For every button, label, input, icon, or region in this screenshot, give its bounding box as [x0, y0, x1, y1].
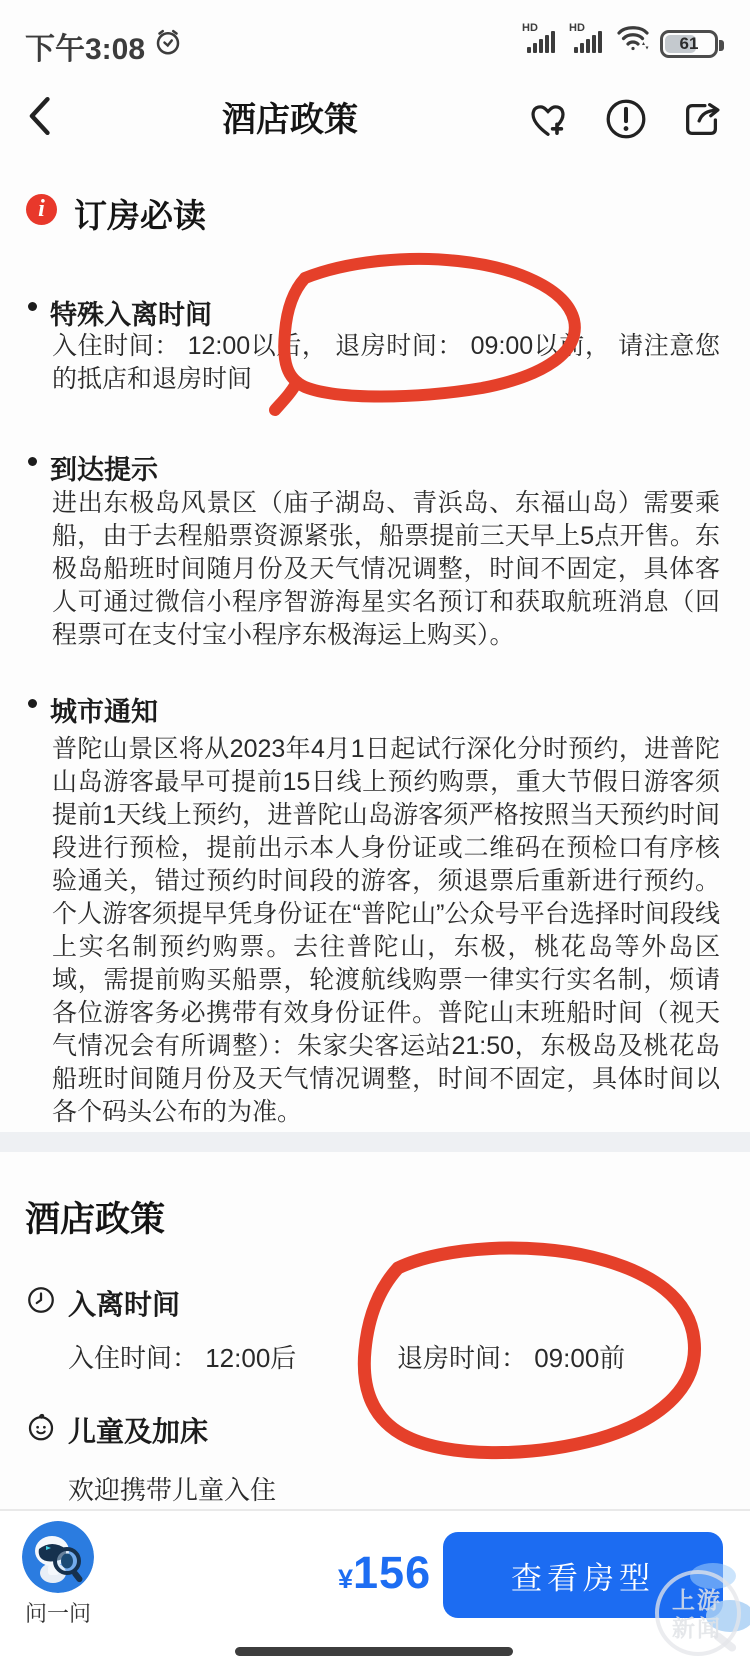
svg-text:HD: HD [569, 22, 585, 34]
children-body: 欢迎携带儿童入住 [68, 1470, 276, 1507]
home-indicator[interactable] [235, 1647, 513, 1656]
price-amount: 156 [353, 1547, 431, 1599]
svg-text:HD: HD [522, 22, 538, 34]
note-item-heading-arrival: 到达提示 [50, 448, 158, 487]
children-heading: 儿童及加床 [68, 1410, 208, 1450]
alarm-icon [153, 27, 183, 65]
note-item-heading-city-notice: 城市通知 [50, 690, 158, 729]
note-item-body-special-times: 入住时间： 12:00以后， 退房时间： 09:00以前， 请注意您的抵店和退房… [52, 330, 720, 396]
baby-face-icon [26, 1412, 56, 1442]
price: ¥156 [338, 1547, 431, 1599]
hotel-policy-screen: 下午3:08 HD HD [0, 0, 750, 1666]
checkin-time: 入住时间： 12:00后 [68, 1338, 296, 1375]
battery-percent: 61 [663, 33, 715, 55]
hotel-policy-title: 酒店政策 [25, 1192, 165, 1242]
bullet-dot [28, 302, 37, 311]
signal-sim1-icon: HD [522, 21, 559, 58]
bullet-dot [28, 699, 37, 708]
clock-icon [26, 1285, 56, 1315]
favorite-button[interactable] [525, 97, 571, 141]
ask-assistant-button[interactable] [22, 1521, 94, 1593]
page-title: 酒店政策 [80, 92, 500, 141]
watermark-text-line2: 新闻 [666, 1610, 728, 1643]
currency-symbol: ¥ [338, 1564, 353, 1595]
status-time: 下午3:08 [25, 24, 145, 68]
exclamation-circle-icon [603, 128, 649, 145]
booking-notes-title: 订房必读 [74, 190, 206, 237]
share-icon [679, 128, 725, 145]
note-item-body-arrival: 进出东极岛风景区（庙子湖岛、青浜岛、东福山岛）需要乘船，由于去程船票资源紧张，船… [52, 487, 720, 652]
section-divider [0, 1132, 750, 1152]
checkinout-heading: 入离时间 [68, 1283, 180, 1323]
share-button[interactable] [679, 97, 725, 141]
report-button[interactable] [603, 97, 649, 141]
note-item-heading-special-times: 特殊入离时间 [50, 293, 212, 332]
battery-icon: 61 [660, 30, 718, 58]
ask-assistant-label: 问一问 [10, 1597, 106, 1628]
status-time-group: 下午3:08 [25, 24, 183, 68]
info-badge-icon: i [26, 194, 57, 225]
note-item-body-city-notice: 普陀山景区将从2023年4月1日起试行深化分时预约，进普陀山岛游客最早可提前15… [52, 733, 720, 1129]
wifi-icon [616, 21, 650, 58]
status-icons: HD HD [522, 26, 718, 58]
checkout-time: 退房时间： 09:00前 [397, 1338, 625, 1375]
back-button[interactable] [24, 94, 60, 138]
signal-sim2-icon: HD [569, 21, 606, 58]
heart-plus-icon [525, 128, 571, 145]
bullet-dot [28, 457, 37, 466]
